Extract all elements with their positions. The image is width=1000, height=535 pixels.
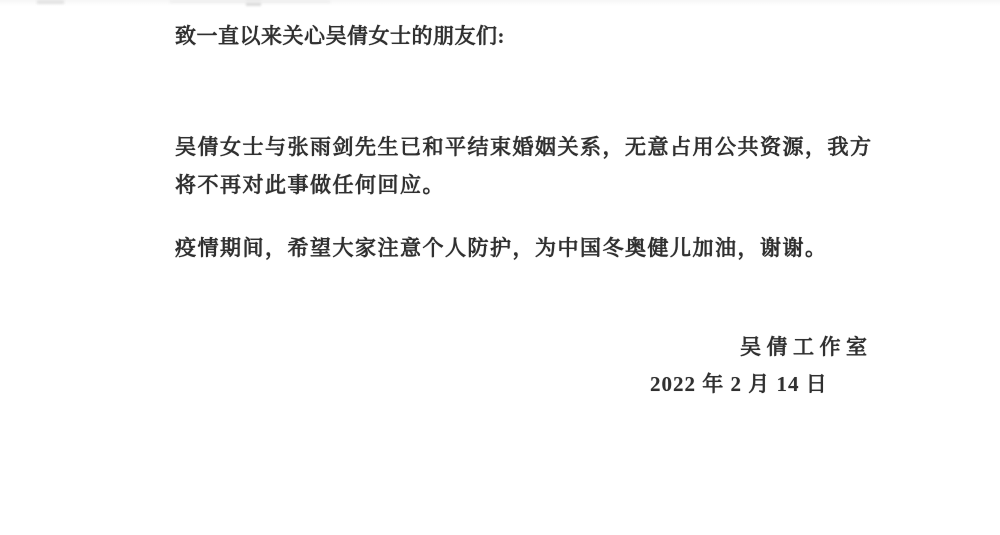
jpeg-artifact: [37, 0, 64, 4]
top-edge-artifact: [0, 0, 1000, 6]
jpeg-artifact: [170, 0, 330, 3]
statement-paragraph: 吴倩女士与张雨剑先生已和平结束婚姻关系，无意占用公共资源，我方将不再对此事做任何…: [175, 128, 875, 204]
statement-document-page: 致一直以来关心吴倩女士的朋友们: 吴倩女士与张雨剑先生已和平结束婚姻关系，无意占…: [0, 0, 1000, 535]
signature-date: 2022 年 2 月 14 日: [650, 371, 828, 397]
signature-studio-name: 吴倩工作室: [740, 334, 873, 360]
statement-paragraph: 疫情期间，希望大家注意个人防护，为中国冬奥健儿加油，谢谢。: [175, 229, 875, 267]
salutation-line: 致一直以来关心吴倩女士的朋友们:: [175, 24, 505, 48]
jpeg-artifact: [246, 0, 261, 6]
